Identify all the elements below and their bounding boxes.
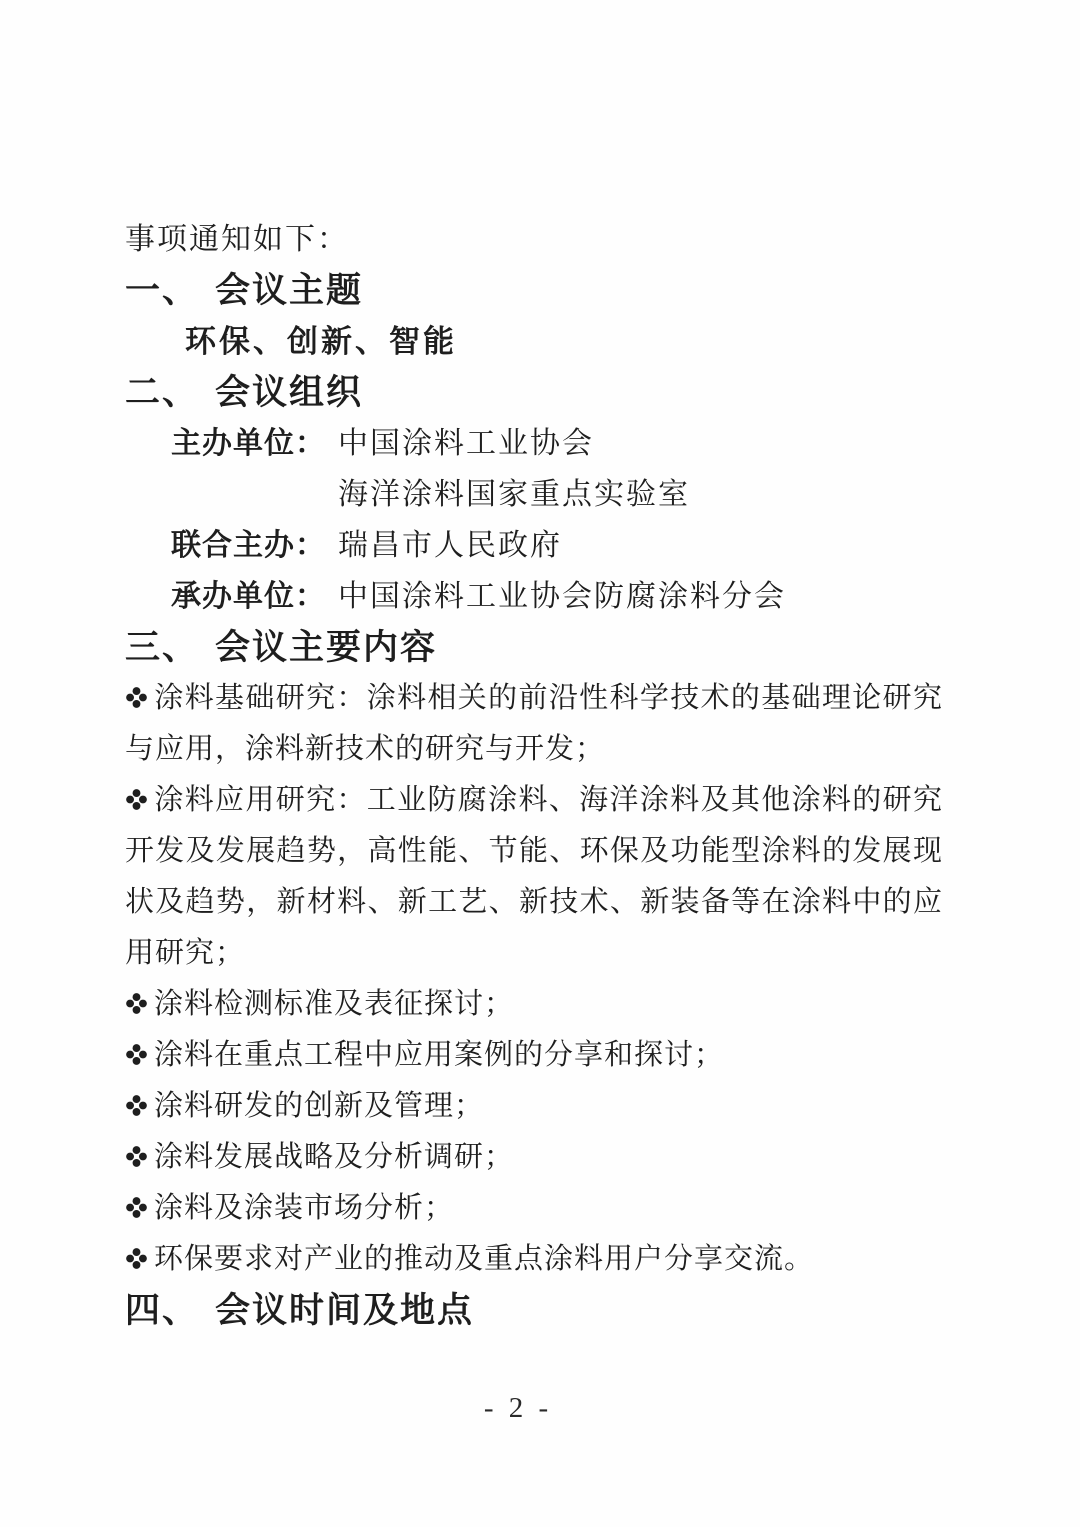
bullet-item: 涂料检测标准及表征探讨； <box>125 979 943 1030</box>
section-heading-2: 二、会议组织 <box>125 367 943 418</box>
bullet-item: 环保要求对产业的推动及重点涂料用户分享交流。 <box>125 1234 943 1285</box>
organizer-label: 主办单位： <box>171 418 326 469</box>
section-heading-4: 四、会议时间及地点 <box>125 1285 943 1336</box>
organizer-row-cohost: 联合主办： 瑞昌市人民政府 <box>171 520 943 571</box>
clover-bullet-icon <box>125 992 148 1015</box>
organizer-label: 联合主办： <box>171 520 326 571</box>
bullet-item: 涂料研发的创新及管理； <box>125 1081 943 1132</box>
section-heading-3: 三、会议主要内容 <box>125 622 943 673</box>
meeting-theme-text: 环保、创新、智能 <box>185 316 943 367</box>
organizer-values: 中国涂料工业协会 海洋涂料国家重点实验室 <box>338 418 943 520</box>
notice-body: 事项通知如下： 一、会议主题 环保、创新、智能 二、会议组织 主办单位： 中国涂… <box>125 214 943 1336</box>
bullet-text: 涂料检测标准及表征探讨； <box>154 988 514 1020</box>
organizer-row-undertaker: 承办单位： 中国涂料工业协会防腐涂料分会 <box>171 571 943 622</box>
bullet-text: 环保要求对产业的推动及重点涂料用户分享交流。 <box>154 1243 814 1275</box>
section-2-title: 会议组织 <box>215 373 363 412</box>
section-1-number: 一、 <box>125 271 199 310</box>
bullet-item: 涂料及涂装市场分析； <box>125 1183 943 1234</box>
clover-bullet-icon <box>125 788 148 811</box>
page-number: - 2 - <box>484 1392 552 1425</box>
organizer-label: 承办单位： <box>171 571 326 622</box>
organizer-value-line: 中国涂料工业协会 <box>338 418 943 469</box>
intro-line: 事项通知如下： <box>125 214 943 265</box>
clover-bullet-icon <box>125 1145 148 1168</box>
scanned-notice-page: 事项通知如下： 一、会议主题 环保、创新、智能 二、会议组织 主办单位： 中国涂… <box>0 0 1080 1527</box>
section-2-number: 二、 <box>125 373 199 412</box>
section-4-title: 会议时间及地点 <box>215 1291 474 1330</box>
clover-bullet-icon <box>125 1247 148 1270</box>
bullet-item: 涂料基础研究：涂料相关的前沿性科学技术的基础理论研究与应用，涂料新技术的研究与开… <box>125 673 943 775</box>
bullet-item: 涂料在重点工程中应用案例的分享和探讨； <box>125 1030 943 1081</box>
bullet-text: 涂料及涂装市场分析； <box>154 1192 454 1224</box>
section-heading-1: 一、会议主题 <box>125 265 943 316</box>
clover-bullet-icon <box>125 686 148 709</box>
organizer-value-line: 瑞昌市人民政府 <box>338 520 943 571</box>
bullet-text: 涂料在重点工程中应用案例的分享和探讨； <box>154 1039 724 1071</box>
bullet-text: 涂料研发的创新及管理； <box>154 1090 484 1122</box>
bullet-item: 涂料发展战略及分析调研； <box>125 1132 943 1183</box>
clover-bullet-icon <box>125 1043 148 1066</box>
page-footer: - 2 - <box>0 1392 1080 1425</box>
section-1-title: 会议主题 <box>215 271 363 310</box>
bullet-text: 涂料发展战略及分析调研； <box>154 1141 514 1173</box>
bullet-item: 涂料应用研究：工业防腐涂料、海洋涂料及其他涂料的研究开发及发展趋势，高性能、节能… <box>125 775 943 979</box>
section-4-number: 四、 <box>125 1291 199 1330</box>
section-3-title: 会议主要内容 <box>215 628 437 667</box>
bullet-text: 涂料应用研究：工业防腐涂料、海洋涂料及其他涂料的研究开发及发展趋势，高性能、节能… <box>125 784 943 969</box>
clover-bullet-icon <box>125 1094 148 1117</box>
organizer-row-host: 主办单位： 中国涂料工业协会 海洋涂料国家重点实验室 <box>171 418 943 520</box>
bullet-text: 涂料基础研究：涂料相关的前沿性科学技术的基础理论研究与应用，涂料新技术的研究与开… <box>125 682 943 765</box>
organizer-values: 瑞昌市人民政府 <box>338 520 943 571</box>
section-3-number: 三、 <box>125 628 199 667</box>
organizer-value-line: 海洋涂料国家重点实验室 <box>338 469 943 520</box>
organizer-value-line: 中国涂料工业协会防腐涂料分会 <box>338 571 943 622</box>
organizer-values: 中国涂料工业协会防腐涂料分会 <box>338 571 943 622</box>
clover-bullet-icon <box>125 1196 148 1219</box>
